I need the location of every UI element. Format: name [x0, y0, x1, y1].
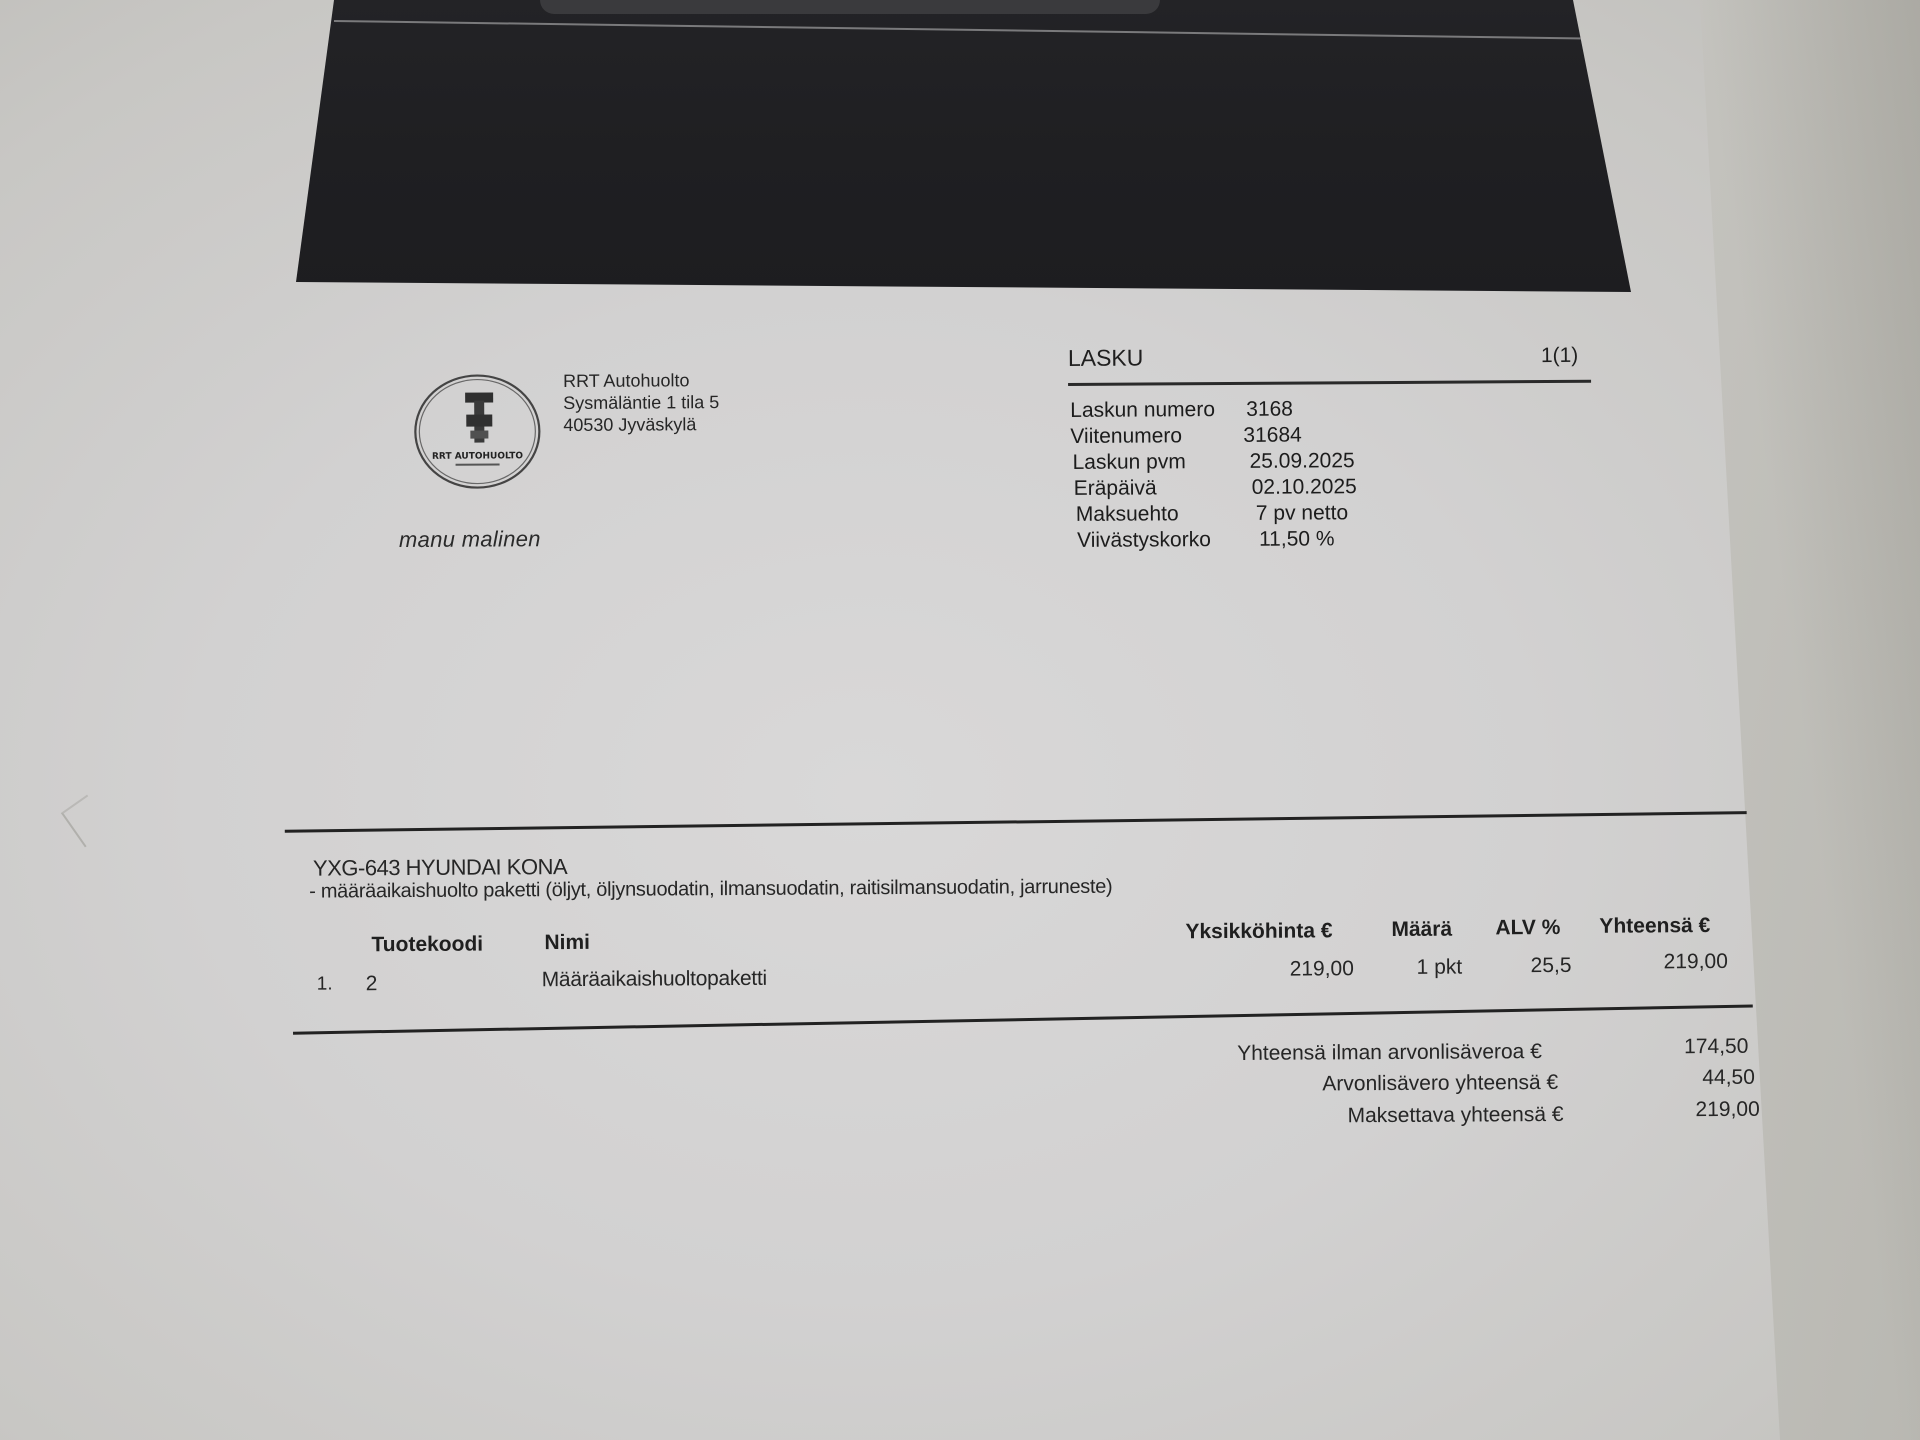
total-excl-vat-value: 174,50: [1684, 1035, 1748, 1059]
table-bottom-rule: [293, 1004, 1753, 1034]
meta-value: 11,50 %: [1259, 526, 1335, 552]
row-index: 1.: [317, 973, 333, 995]
row-total: 219,00: [1664, 950, 1728, 974]
company-street: Sysmäläntie 1 tila 5: [563, 391, 719, 414]
meta-row-late-interest: Viivästyskorko 11,50 %: [1071, 526, 1357, 554]
amount-due-label: Maksettava yhteensä €: [1347, 1103, 1563, 1128]
meta-label: Maksuehto: [1076, 501, 1256, 528]
row-name: Määräaikaishuoltopaketti: [542, 967, 767, 992]
row-code: 2: [366, 972, 378, 996]
vat-total-label: Arvonlisävero yhteensä €: [1322, 1071, 1558, 1096]
col-header-code: Tuotekoodi: [371, 933, 483, 958]
company-name: RRT Autohuolto: [563, 369, 719, 392]
customer-name: manu malinen: [399, 526, 541, 553]
meta-label: Viivästyskorko: [1077, 527, 1259, 554]
meta-value: 7 pv netto: [1256, 500, 1348, 527]
meta-row-due-date: Eräpäivä 02.10.2025: [1071, 474, 1357, 502]
meta-label: Laskun pvm: [1072, 449, 1249, 476]
meta-value: 25.09.2025: [1249, 448, 1354, 475]
service-description: - määräaikaishuolto paketti (öljyt, öljy…: [309, 876, 1112, 904]
meta-row-reference: Viitenumero 31684: [1070, 422, 1356, 450]
col-header-name: Nimi: [544, 931, 590, 955]
company-city: 40530 Jyväskylä: [563, 413, 719, 436]
invoice-document: RRT AUTOHUOLTO RRT Autohuolto Sysmälänti…: [0, 0, 1920, 1440]
meta-row-date: Laskun pvm 25.09.2025: [1070, 448, 1356, 476]
meta-label: Viitenumero: [1070, 423, 1243, 450]
amount-due-value: 219,00: [1695, 1098, 1759, 1122]
col-header-total: Yhteensä €: [1599, 914, 1710, 939]
vehicle-title: YXG-643 HYUNDAI KONA: [313, 854, 567, 882]
invoice-title: LASKU: [1068, 345, 1144, 372]
row-vat: 25,5: [1531, 954, 1572, 978]
invoice-meta: Laskun numero 3168 Viitenumero 31684 Las…: [1070, 396, 1357, 554]
meta-row-payment-terms: Maksuehto 7 pv netto: [1071, 500, 1357, 528]
page-number: 1(1): [1541, 344, 1579, 368]
meta-row-invoice-number: Laskun numero 3168: [1070, 396, 1356, 424]
meta-label: Eräpäivä: [1074, 475, 1252, 502]
meta-label: Laskun numero: [1070, 397, 1246, 424]
vat-total-value: 44,50: [1702, 1066, 1755, 1090]
col-header-vat: ALV %: [1495, 916, 1560, 940]
col-header-unit-price: Yksikköhinta €: [1185, 919, 1332, 944]
meta-value: 31684: [1243, 423, 1302, 449]
total-excl-vat-label: Yhteensä ilman arvonlisäveroa €: [1237, 1040, 1542, 1066]
wrench-tool-emblem-icon: RRT AUTOHUOLTO: [410, 370, 545, 493]
row-unit-price: 219,00: [1290, 957, 1354, 981]
company-address-block: RRT Autohuolto Sysmäläntie 1 tila 5 4053…: [563, 369, 719, 436]
company-logo: RRT AUTOHUOLTO: [410, 370, 545, 493]
meta-value: 02.10.2025: [1252, 474, 1357, 501]
svg-text:RRT AUTOHUOLTO: RRT AUTOHUOLTO: [432, 451, 523, 462]
row-quantity: 1 pkt: [1417, 956, 1463, 980]
table-top-rule: [285, 811, 1747, 833]
col-header-quantity: Määrä: [1391, 918, 1452, 942]
invoice-title-rule: [1068, 380, 1591, 386]
meta-value: 3168: [1246, 397, 1293, 423]
